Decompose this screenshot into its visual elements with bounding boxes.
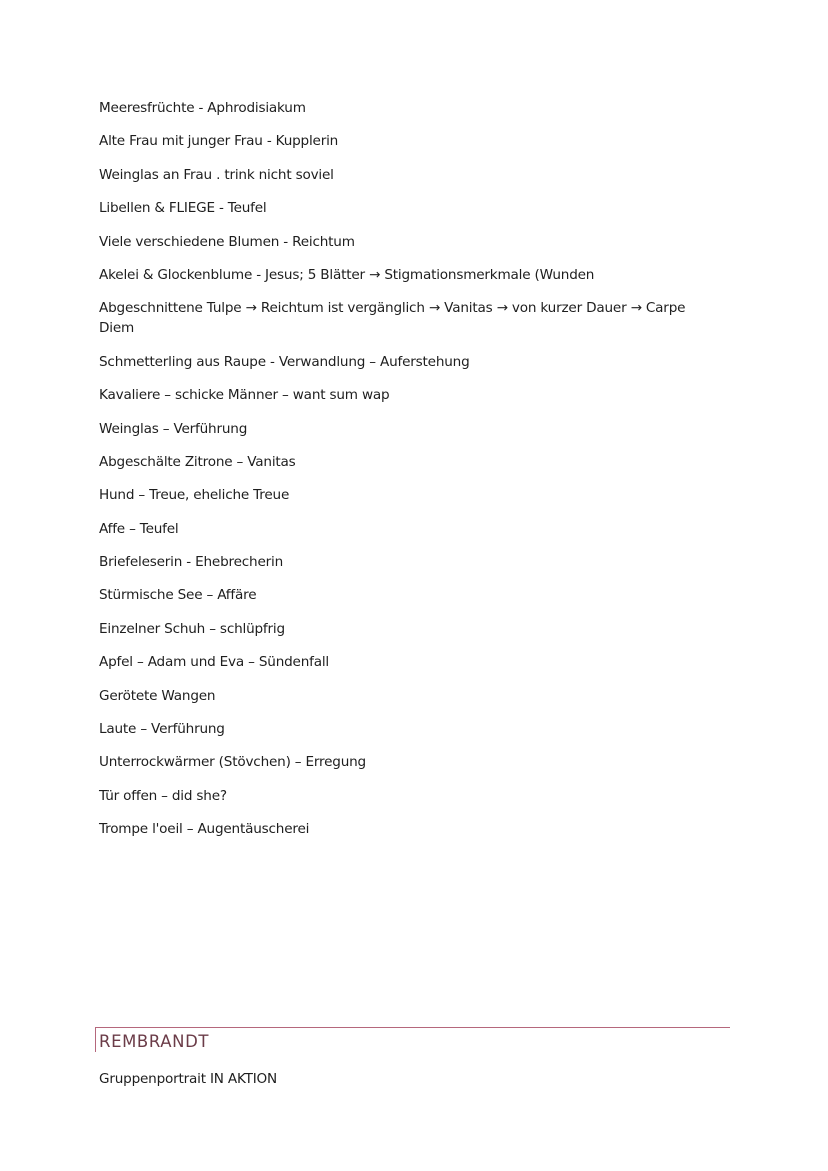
- rembrandt-section: REMBRANDT Gruppenportrait IN AKTION: [95, 1027, 730, 1089]
- list-item: Viele verschiedene Blumen - Reichtum: [99, 232, 719, 252]
- list-item: Weinglas an Frau . trink nicht soviel: [99, 165, 719, 185]
- list-item: Meeresfrüchte - Aphrodisiakum: [99, 98, 719, 118]
- list-item: Laute – Verführung: [99, 719, 719, 739]
- list-item: Libellen & FLIEGE - Teufel: [99, 198, 719, 218]
- list-item: Schmetterling aus Raupe - Verwandlung – …: [99, 352, 719, 372]
- section-heading: REMBRANDT: [95, 1027, 730, 1052]
- list-item: Akelei & Glockenblume - Jesus; 5 Blätter…: [99, 265, 719, 285]
- list-item: Apfel – Adam und Eva – Sündenfall: [99, 652, 719, 672]
- list-item: Gerötete Wangen: [99, 686, 719, 706]
- list-item: Stürmische See – Affäre: [99, 585, 719, 605]
- list-item: Affe – Teufel: [99, 519, 719, 539]
- section-text: Gruppenportrait IN AKTION: [99, 1069, 730, 1089]
- list-item: Unterrockwärmer (Stövchen) – Erregung: [99, 752, 719, 772]
- document-page: Meeresfrüchte - Aphrodisiakum Alte Frau …: [0, 0, 828, 1171]
- list-item: Hund – Treue, eheliche Treue: [99, 485, 719, 505]
- list-item: Abgeschälte Zitrone – Vanitas: [99, 452, 719, 472]
- list-item: Einzelner Schuh – schlüpfrig: [99, 619, 719, 639]
- list-item: Tür offen – did she?: [99, 786, 719, 806]
- list-item: Alte Frau mit junger Frau - Kupplerin: [99, 131, 719, 151]
- list-item: Kavaliere – schicke Männer – want sum wa…: [99, 385, 719, 405]
- list-item: Trompe l'oeil – Augentäuscherei: [99, 819, 719, 839]
- list-item: Weinglas – Verführung: [99, 419, 719, 439]
- symbol-list: Meeresfrüchte - Aphrodisiakum Alte Frau …: [99, 98, 719, 853]
- list-item: Abgeschnittene Tulpe → Reichtum ist verg…: [99, 298, 719, 338]
- list-item: Briefeleserin - Ehebrecherin: [99, 552, 719, 572]
